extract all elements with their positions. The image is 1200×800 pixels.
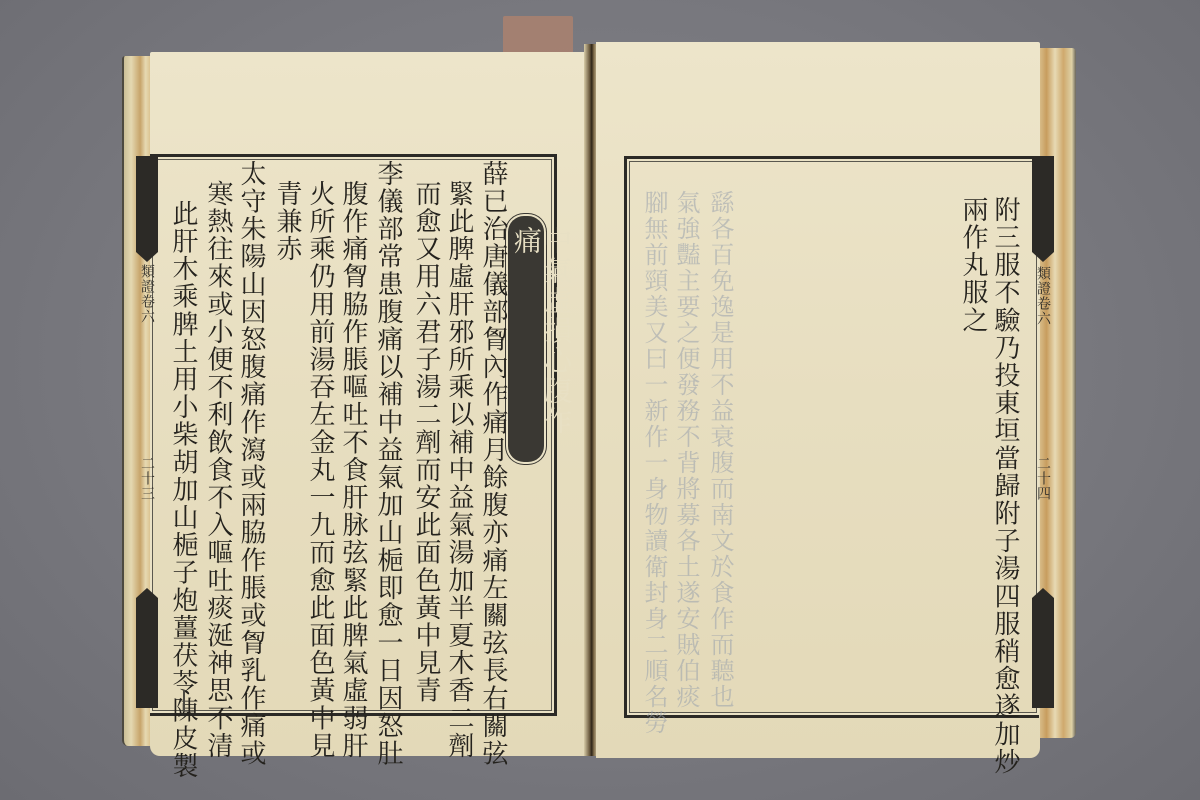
text-column-8: 太守朱陽山因怒腹痛作瀉或兩脇作脹或胷乳作痛或 [236, 160, 266, 767]
right-text-column-2: 兩作丸服之 [958, 196, 988, 334]
right-page-number: 二十四 [1035, 456, 1051, 501]
right-text-column-1: 附三服不驗乃投東垣當歸附子湯四服稍愈遂加炒 [990, 196, 1020, 776]
section-heading: 中氣虛損心腹作痛 [511, 226, 571, 462]
fishtail-mark-top-icon [1032, 156, 1054, 252]
text-column-6: 火所乘仍用前湯吞左金丸一九而愈此面色黃中見 [305, 180, 335, 760]
right-hanshin-title: 類證卷六 [1035, 266, 1051, 326]
fishtail-mark-top-icon [136, 156, 158, 252]
showthrough-column-3: 腳無前頸美又曰一新作一身物讀衛封身二順名勞 [640, 190, 668, 736]
left-hanshin-title: 類證卷六 [139, 264, 155, 324]
left-fold-margin: 類證卷六 二十三 [136, 156, 158, 708]
text-column-5: 腹作痛胷脇作脹嘔吐不食肝脉弦緊此脾氣虛弱肝 [338, 180, 368, 760]
showthrough-column-1: 繇各百免逸是用不益衰腹而南文於食作而聽也 [706, 190, 734, 710]
fishtail-mark-bottom-icon [136, 598, 158, 708]
fishtail-mark-bottom-icon [1032, 598, 1054, 708]
text-column-7: 青兼赤 [272, 180, 302, 263]
text-column-2: 緊此脾虛肝邪所乘以補中益氣湯加半夏木香二劑 [444, 180, 474, 760]
showthrough-column-2: 氣強豔主要之便發務不背將募各土遂安賊伯痰 [672, 190, 700, 710]
section-heading-box: 中氣虛損心腹作痛 [508, 216, 544, 462]
open-book: 類證卷六 二十三 中氣虛損心腹作痛 薛已治唐儀部胷內作痛月餘腹亦痛左關弦長右關弦… [0, 0, 1200, 800]
text-column-4: 李儀部常患腹痛以補中益氣加山梔即愈一日因怒肚 [373, 160, 403, 767]
text-column-9: 寒熱往來或小便不利飲食不入嘔吐痰涎神思不清 [203, 180, 233, 760]
text-column-1: 薛已治唐儀部胷內作痛月餘腹亦痛左關弦長右關弦 [478, 160, 508, 767]
column-end-mark [183, 690, 185, 712]
right-fold-margin: 類證卷六 二十四 [1032, 156, 1054, 708]
left-page-number: 二十三 [139, 456, 155, 501]
text-column-3: 而愈又用六君子湯二劑而安此面色黃中見青 [411, 180, 441, 704]
